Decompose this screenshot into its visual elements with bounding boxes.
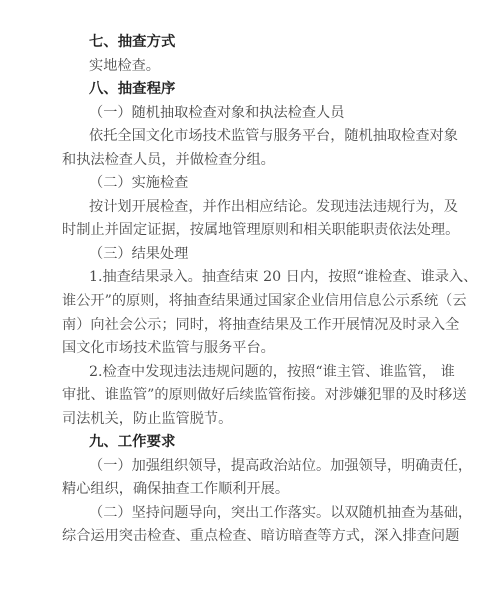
- section-9-heading: 九、工作要求: [62, 431, 440, 455]
- paragraph-line: 谁公开”的原则，将抽查结果通过国家企业信用信息公示系统（云: [62, 290, 440, 314]
- paragraph-line: 司法机关，防止监管脱节。: [62, 408, 440, 432]
- document-page: 七、抽查方式 实地检查。 八、抽查程序 （一）随机抽取检查对象和执法检查人员 依…: [62, 31, 440, 549]
- subsection-2-title: （二）实施检查: [62, 172, 440, 196]
- subsection-3-title: （三）结果处理: [62, 243, 440, 267]
- paragraph-line: （一）加强组织领导，提高政治站位。加强领导，明确责任，: [62, 455, 440, 479]
- section-8-heading: 八、抽查程序: [62, 78, 440, 102]
- paragraph-line: 和执法检查人员，并做检查分组。: [62, 149, 440, 173]
- section-7-body: 实地检查。: [62, 55, 440, 79]
- paragraph-line: 时制止并固定证据，按属地管理原则和相关职能职责依法处理。: [62, 219, 440, 243]
- paragraph-line: 精心组织，确保抽查工作顺利开展。: [62, 478, 440, 502]
- paragraph-line: 1.抽查结果录入。抽查结束 20 日内，按照“谁检查、谁录入、: [62, 266, 440, 290]
- paragraph-line: 综合运用突击检查、重点检查、暗访暗查等方式，深入排查问题: [62, 525, 440, 549]
- paragraph-line: 按计划开展检查，并作出相应结论。发现违法违规行为，及: [62, 196, 440, 220]
- paragraph-line: （二）坚持问题导向，突出工作落实。以双随机抽查为基础，: [62, 502, 440, 526]
- section-7-heading: 七、抽查方式: [62, 31, 440, 55]
- paragraph-line: 南）向社会公示；同时，将抽查结果及工作开展情况及时录入全: [62, 314, 440, 338]
- paragraph-line: 2.检查中发现违法违规问题的，按照“谁主管、谁监管， 谁: [62, 361, 440, 385]
- paragraph-line: 审批、谁监管”的原则做好后续监管衔接。对涉嫌犯罪的及时移送: [62, 384, 440, 408]
- paragraph-line: 依托全国文化市场技术监管与服务平台，随机抽取检查对象: [62, 125, 440, 149]
- paragraph-line: 国文化市场技术监管与服务平台。: [62, 337, 440, 361]
- subsection-1-title: （一）随机抽取检查对象和执法检查人员: [62, 102, 440, 126]
